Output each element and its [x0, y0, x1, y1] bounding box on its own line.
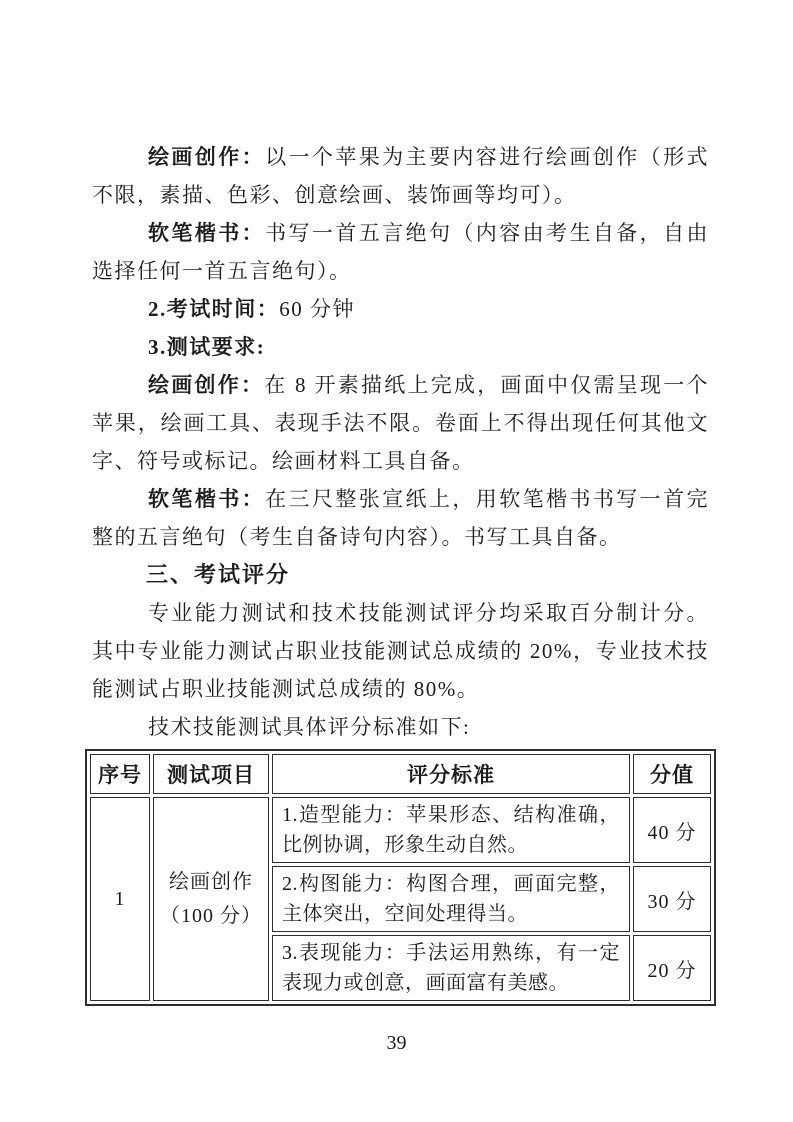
header-cell-no: 序号: [90, 754, 150, 794]
section-heading-exam-scoring: 三、考试评分: [92, 556, 709, 594]
document-page: 绘画创作：以一个苹果为主要内容进行绘画创作（形式不限，素描、色彩、创意绘画、装饰…: [0, 0, 793, 1122]
paragraph-lead-painting: 绘画创作：: [148, 145, 265, 169]
scoring-criteria-table: 序号 测试项目 评分标准 分值 1 绘画创作 （100 分） 1.造型能力：苹果…: [85, 749, 716, 1006]
item-test-requirements: 3.测试要求:: [92, 328, 709, 366]
paragraph-lead-calligraphy: 软笔楷书：: [148, 221, 265, 245]
page-number: 39: [0, 1032, 793, 1055]
paragraph-calligraphy-task: 软笔楷书：书写一首五言绝句（内容由考生自备，自由选择任何一首五言绝句）。: [92, 214, 709, 290]
cell-project-name: 绘画创作 （100 分）: [153, 797, 269, 1001]
document-body: 绘画创作：以一个苹果为主要内容进行绘画创作（形式不限，素描、色彩、创意绘画、装饰…: [0, 0, 793, 1006]
paragraph-scoring-scheme: 专业能力测试和技术技能测试评分均采取百分制计分。其中专业能力测试占职业技能测试总…: [92, 594, 709, 708]
paragraph-painting-task: 绘画创作：以一个苹果为主要内容进行绘画创作（形式不限，素描、色彩、创意绘画、装饰…: [92, 138, 709, 214]
cell-row-number: 1: [90, 797, 150, 1001]
paragraph-painting-requirements: 绘画创作：在 8 开素描纸上完成，画面中仅需呈现一个苹果，绘画工具、表现手法不限…: [92, 366, 709, 480]
cell-criteria-3: 3.表现能力：手法运用熟练，有一定表现力或创意，画面富有美感。: [272, 935, 630, 1001]
item-text-exam-time: 60 分钟: [279, 297, 355, 321]
paragraph-lead-calligraphy-req: 软笔楷书：: [148, 487, 265, 511]
paragraph-calligraphy-requirements: 软笔楷书：在三尺整张宣纸上，用软笔楷书书写一首完整的五言绝句（考生自备诗句内容）…: [92, 480, 709, 556]
paragraph-lead-painting-req: 绘画创作：: [148, 373, 264, 397]
item-exam-time: 2.考试时间：60 分钟: [92, 290, 709, 328]
cell-score-2: 30 分: [633, 866, 711, 932]
cell-score-1: 40 分: [633, 797, 711, 863]
cell-criteria-1: 1.造型能力：苹果形态、结构准确，比例协调，形象生动自然。: [272, 797, 630, 863]
table-row: 1 绘画创作 （100 分） 1.造型能力：苹果形态、结构准确，比例协调，形象生…: [90, 797, 711, 863]
paragraph-table-intro: 技术技能测试具体评分标准如下:: [92, 708, 709, 746]
cell-criteria-2: 2.构图能力：构图合理，画面完整，主体突出，空间处理得当。: [272, 866, 630, 932]
header-cell-project: 测试项目: [153, 754, 269, 794]
item-lead-test-requirements: 3.测试要求:: [148, 335, 265, 359]
cell-score-3: 20 分: [633, 935, 711, 1001]
table-header-row: 序号 测试项目 评分标准 分值: [90, 754, 711, 794]
header-cell-criteria: 评分标准: [272, 754, 630, 794]
header-cell-score: 分值: [633, 754, 711, 794]
item-lead-exam-time: 2.考试时间：: [148, 297, 279, 321]
